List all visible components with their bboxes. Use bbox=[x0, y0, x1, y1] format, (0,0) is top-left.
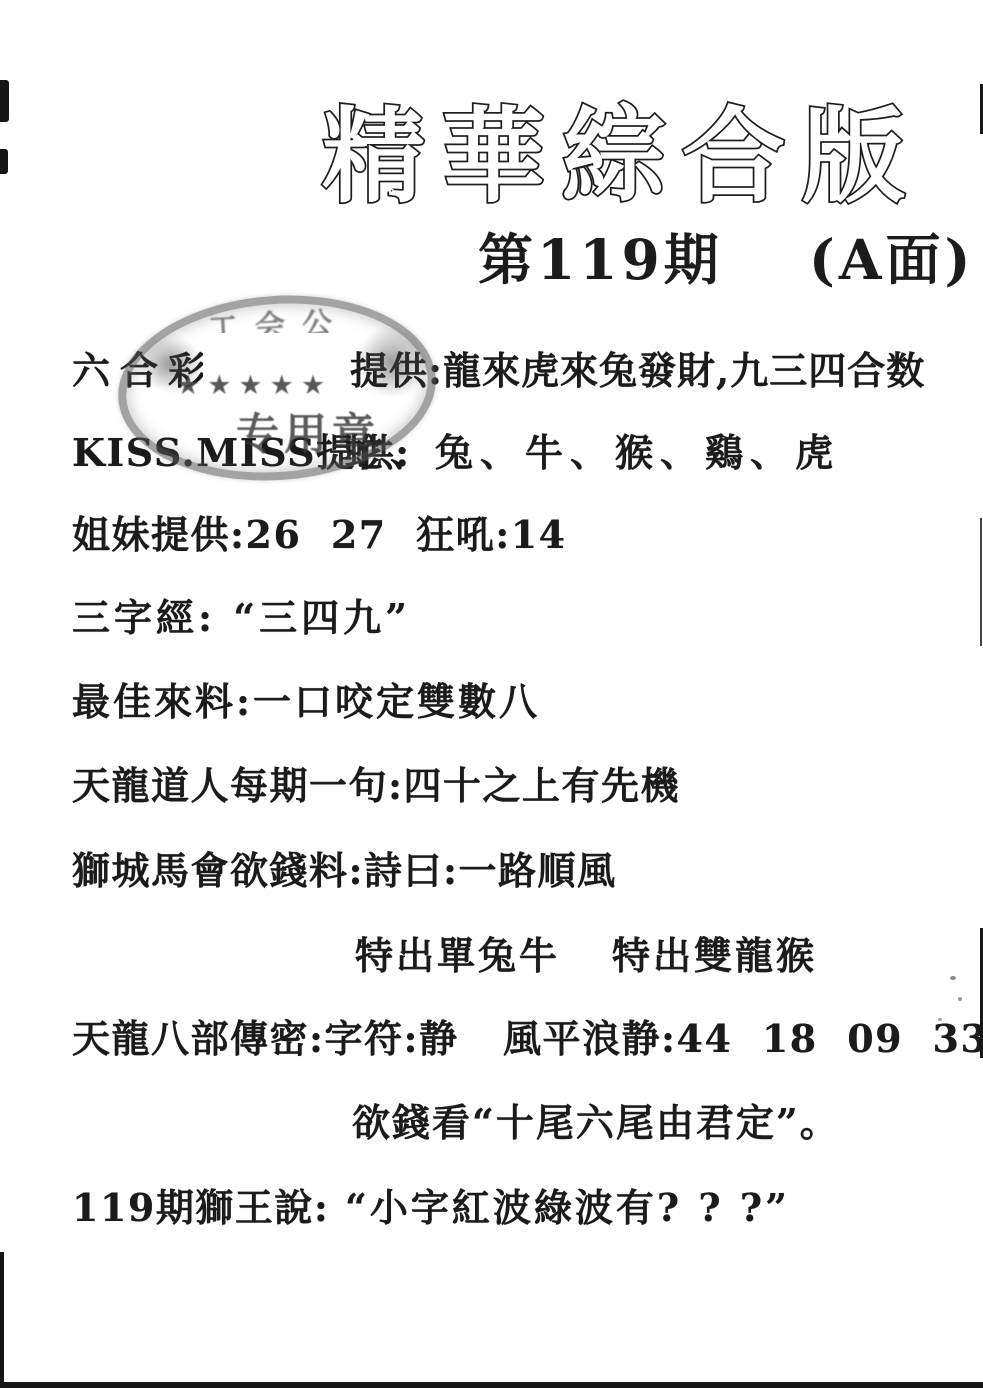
line-kissmiss-value: 蛇、兔、牛、猴、鷄、虎 bbox=[345, 422, 840, 477]
line-babu-label: 天龍八部傳密:字符:静 bbox=[72, 1008, 459, 1063]
line-lion-city: 獅城馬會欲錢料:詩曰:一路順風 bbox=[72, 840, 617, 895]
scan-artifact-speck bbox=[950, 976, 956, 980]
stamp-stars: ★★★★★ bbox=[176, 370, 332, 401]
line-lionking-label: 119期獅王說: bbox=[72, 1177, 329, 1232]
page-title: 精華綜合版 bbox=[322, 74, 922, 222]
issue-row: 第119期 (A面) bbox=[478, 216, 975, 295]
scan-artifact-left-strip bbox=[0, 1252, 4, 1388]
issue-side: (A面) bbox=[809, 216, 975, 295]
scanned-page: 精華綜合版 第119期 (A面) 六合彩 提供:龍來虎來兔發財,九三四合数 KI… bbox=[0, 0, 983, 1388]
scan-artifact-speck bbox=[958, 997, 962, 1001]
line-calm-numbers: 風平浪静:44 18 09 33 bbox=[503, 1008, 983, 1063]
line-tianlong-daoren: 天龍道人每期一句:四十之上有先機 bbox=[72, 755, 680, 810]
line-special-single: 特出單兔牛 bbox=[355, 925, 560, 980]
scan-artifact-right-line bbox=[980, 518, 982, 646]
line-lottery-rest: 提供:龍來虎來兔發財,九三四合数 bbox=[350, 340, 925, 395]
scan-artifact-left-blob bbox=[0, 80, 9, 122]
scan-artifact-speck bbox=[938, 1018, 942, 1021]
line-special-double: 特出雙龍猴 bbox=[612, 925, 817, 980]
stamp-ink-smudge bbox=[356, 326, 428, 398]
scan-artifact-left-blob bbox=[0, 149, 8, 174]
stamp-seal-label: 专用章 bbox=[236, 401, 380, 462]
line-sisters: 姐妹提供:26 27 狂吼:14 bbox=[72, 504, 567, 559]
issue-number: 第119期 bbox=[478, 216, 723, 295]
line-money-quote: 欲錢看“十尾六尾由君定”。 bbox=[352, 1092, 840, 1147]
line-three-char-classic: 三字經: “三四九” bbox=[72, 587, 411, 642]
line-best-tip: 最佳來料:一口咬定雙數八 bbox=[72, 671, 540, 726]
scan-artifact-bottom-line bbox=[0, 1382, 983, 1388]
line-lionking-quote: “小字紅波綠波有? ? ?” bbox=[345, 1177, 790, 1232]
